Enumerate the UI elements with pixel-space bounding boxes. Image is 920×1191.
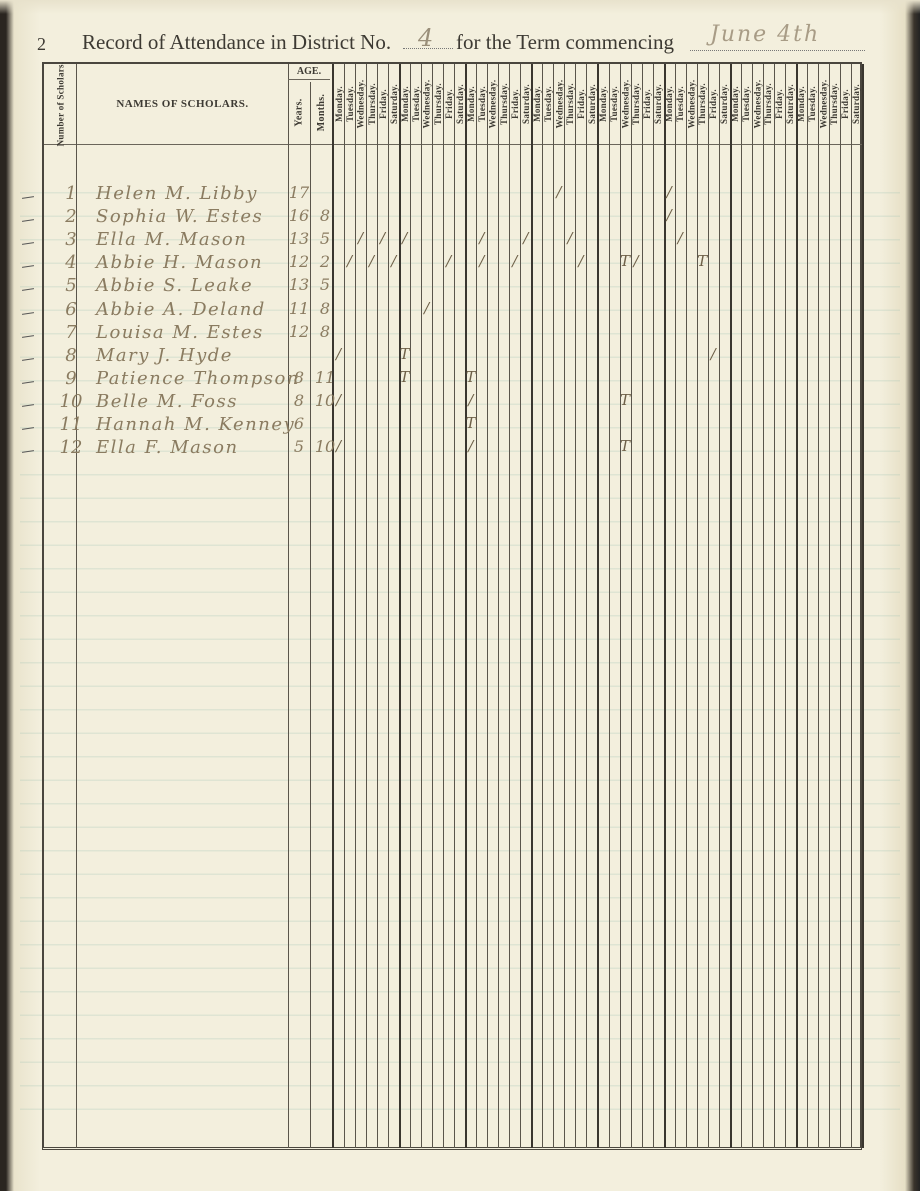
names-of-scholars-header: NAMES OF SCHOLARS. [77,66,288,142]
day-header: Thursday. [631,66,642,142]
table-row: 1Helen M. Libby17 [44,183,862,206]
day-header: Tuesday. [542,66,553,142]
scholar-number: 8 [56,345,86,366]
scholar-name: Sophia W. Estes [96,206,263,227]
scholar-number: 6 [56,299,86,320]
age-years: 13 [288,275,310,294]
day-column-divider [862,64,864,1148]
attendance-mark: / [509,252,520,270]
day-header: Friday. [840,66,851,142]
table-row: 2Sophia W. Estes168 [44,206,862,229]
attendance-mark: T [697,252,708,270]
day-header: Saturday. [586,66,597,142]
day-header: Thursday. [829,66,840,142]
day-header: Wednesday. [487,66,498,142]
table-row: 8Mary J. Hyde [44,345,862,368]
scholar-name: Abbie A. Deland [96,299,266,320]
day-header: Thursday. [498,66,509,142]
attendance-mark: / [520,229,531,247]
scholar-number: 1 [56,183,86,204]
scholar-number: 3 [56,229,86,250]
table-row: 5Abbie S. Leake135 [44,275,862,298]
attendance-mark: / [476,229,487,247]
page-shadow [0,0,920,14]
attendance-mark: / [708,345,719,363]
age-months: 8 [314,206,336,225]
age-months: 8 [314,299,336,318]
scholar-name: Ella M. Mason [96,229,247,250]
years-header: Years. [289,82,310,142]
table-row: 7Louisa M. Estes128 [44,322,862,345]
day-header: Monday. [664,66,675,142]
attendance-mark: / [443,252,454,270]
day-header: Friday. [708,66,719,142]
attendance-mark: / [333,391,344,409]
table-row: 3Ella M. Mason135 [44,229,862,252]
attendance-mark: / [553,183,564,201]
age-years: 6 [288,414,310,433]
day-header: Tuesday. [675,66,686,142]
attendance-mark: / [366,252,377,270]
term-blank-line [690,50,865,51]
attendance-mark: / [465,391,476,409]
attendance-mark: / [664,206,675,224]
age-months: 2 [314,252,336,271]
day-header: Friday. [575,66,586,142]
scholar-number: 11 [56,414,86,435]
age-years: 11 [288,299,310,318]
day-header: Thursday. [366,66,377,142]
day-header: Monday. [730,66,741,142]
age-years: 12 [288,252,310,271]
day-header: Saturday. [851,66,862,142]
scholar-name: Hannah M. Kenney [96,414,295,435]
day-header: Thursday. [564,66,575,142]
scholar-number: 4 [56,252,86,273]
scholar-name: Mary J. Hyde [96,345,233,366]
attendance-mark: T [620,391,631,409]
table-row: 11Hannah M. Kenney6 [44,414,862,437]
scholar-number: 10 [56,391,86,412]
attendance-mark: / [377,229,388,247]
attendance-mark: / [465,437,476,455]
header-divider [44,144,862,145]
day-header: Thursday. [763,66,774,142]
day-header: Monday. [796,66,807,142]
attendance-mark: / [421,299,432,317]
age-years: 13 [288,229,310,248]
age-years: 12 [288,322,310,341]
day-header: Monday. [333,66,344,142]
district-number: 4 [418,24,433,52]
attendance-mark: T [399,368,410,386]
age-header: AGE. [288,66,330,80]
age-years: 17 [288,183,310,202]
day-header: Wednesday. [686,66,697,142]
day-header: Wednesday. [818,66,829,142]
day-header: Saturday. [388,66,399,142]
age-months: 8 [314,322,336,341]
age-years: 8 [288,368,310,387]
day-header: Monday. [531,66,542,142]
table-row: 6Abbie A. Deland118 [44,299,862,322]
term-commencing-value: June 4th [710,22,820,47]
attendance-mark: / [333,345,344,363]
scholar-name: Helen M. Libby [96,183,258,204]
day-header: Friday. [377,66,388,142]
attendance-mark: / [664,183,675,201]
day-header: Tuesday. [476,66,487,142]
day-header: Wednesday. [620,66,631,142]
attendance-mark: / [355,229,366,247]
attendance-mark: / [564,229,575,247]
scholar-number: 9 [56,368,86,389]
day-header: Saturday. [719,66,730,142]
scholar-number: 12 [56,437,86,458]
months-header: Months. [311,82,332,142]
day-header: Wednesday. [421,66,432,142]
age-years: 8 [288,391,310,410]
attendance-mark: T [465,414,476,432]
day-header: Friday. [642,66,653,142]
term-label: for the Term commencing [456,30,674,55]
age-months: 5 [314,275,336,294]
table-row: 12Ella F. Mason510 [44,437,862,460]
attendance-mark: / [399,229,410,247]
attendance-mark: T [399,345,410,363]
day-header: Thursday. [697,66,708,142]
day-header: Friday. [509,66,520,142]
scholar-name: Abbie S. Leake [96,275,253,296]
page-number: 2 [37,34,46,55]
attendance-mark: T [620,252,631,270]
attendance-mark: / [333,437,344,455]
day-header: Saturday. [454,66,465,142]
attendance-mark: T [465,368,476,386]
day-header: Saturday. [653,66,664,142]
day-header: Saturday. [520,66,531,142]
day-header: Monday. [597,66,608,142]
table-row: 10Belle M. Foss810 [44,391,862,414]
attendance-mark: / [575,252,586,270]
scholar-number: 7 [56,322,86,343]
age-years: 5 [288,437,310,456]
age-years: 16 [288,206,310,225]
scholar-name: Patience Thompson [96,368,300,389]
day-header: Wednesday. [553,66,564,142]
scholar-name: Louisa M. Estes [96,322,264,343]
scholar-name: Ella F. Mason [96,437,239,458]
day-header: Wednesday. [355,66,366,142]
scholar-name: Belle M. Foss [96,391,238,412]
day-header: Friday. [443,66,454,142]
scholar-number: 2 [56,206,86,227]
scholar-number: 5 [56,275,86,296]
day-header: Tuesday. [344,66,355,142]
attendance-mark: / [344,252,355,270]
table-row: 9Patience Thompson811 [44,368,862,391]
attendance-mark: / [388,252,399,270]
day-header: Tuesday. [609,66,620,142]
day-header: Thursday. [432,66,443,142]
number-of-scholars-header: Number of Scholars. [44,66,76,142]
day-header: Monday. [465,66,476,142]
page-title: Record of Attendance in District No. [82,30,391,55]
day-header: Wednesday. [752,66,763,142]
scholar-name: Abbie H. Mason [96,252,263,273]
ledger-page: 2 Record of Attendance in District No. 4… [0,0,920,1191]
day-header: Tuesday. [807,66,818,142]
attendance-mark: / [476,252,487,270]
day-header: Tuesday. [741,66,752,142]
attendance-mark: / [631,252,642,270]
day-header: Saturday. [785,66,796,142]
day-header: Monday. [399,66,410,142]
age-months: 5 [314,229,336,248]
age-months: 11 [314,368,336,387]
day-header: Friday. [774,66,785,142]
attendance-mark: / [675,229,686,247]
attendance-mark: T [620,437,631,455]
day-header: Tuesday. [410,66,421,142]
